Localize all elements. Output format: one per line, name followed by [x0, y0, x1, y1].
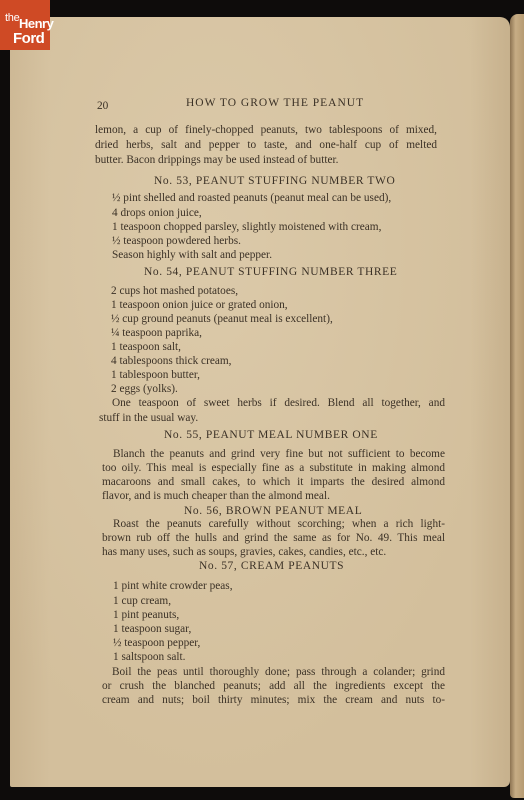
direction-line: stuff in the usual way.	[99, 412, 198, 424]
direction-line: cream and nuts; boil thirty minutes; mix…	[102, 694, 445, 706]
recipe-title: No. 54, PEANUT STUFFING NUMBER THREE	[144, 266, 397, 278]
intro-line: dried herbs, salt and pepper to taste, a…	[95, 139, 437, 151]
direction-line: or crush the blanched peanuts; add all t…	[102, 680, 445, 692]
direction-line: too oily. This meal is especially fine a…	[102, 462, 445, 474]
logo-ford: Ford	[13, 31, 44, 46]
page-edge	[510, 14, 524, 798]
recipe-title: No. 57, CREAM PEANUTS	[199, 560, 344, 572]
intro-line: lemon, a cup of finely-chopped peanuts, …	[95, 124, 437, 136]
direction-line: has many uses, such as soups, gravies, c…	[102, 546, 386, 558]
direction-line: One teaspoon of sweet herbs if desired. …	[112, 397, 445, 409]
direction-line: Roast the peanuts carefully without scor…	[113, 518, 445, 530]
recipe-title: No. 55, PEANUT MEAL NUMBER ONE	[164, 429, 378, 441]
ingredient: Season highly with salt and pepper.	[112, 249, 272, 261]
ingredient: ½ teaspoon pepper,	[113, 637, 200, 649]
ingredient: ¼ teaspoon paprika,	[111, 327, 202, 339]
logo-the: the	[5, 13, 19, 24]
recipe-title: No. 53, PEANUT STUFFING NUMBER TWO	[154, 175, 395, 187]
intro-line: butter. Bacon drippings may be used inst…	[95, 154, 338, 166]
ingredient: 1 cup cream,	[113, 595, 171, 607]
ingredient: ½ teaspoon powdered herbs.	[112, 235, 241, 247]
ingredient: 1 pint peanuts,	[113, 609, 179, 621]
direction-line: brown rub off the hulls and grind the sa…	[102, 532, 445, 544]
ingredient: 2 eggs (yolks).	[111, 383, 178, 395]
ingredient: 1 pint white crowder peas,	[113, 580, 233, 592]
ingredient: 4 drops onion juice,	[112, 207, 202, 219]
ingredient: 4 tablespoons thick cream,	[111, 355, 231, 367]
ingredient: 1 teaspoon salt,	[111, 341, 181, 353]
henry-ford-logo: the Henry Ford	[0, 0, 50, 50]
direction-line: Boil the peas until thoroughly done; pas…	[112, 666, 445, 678]
recipe-title: No. 56, BROWN PEANUT MEAL	[184, 505, 362, 517]
direction-line: flavor, and is much cheaper than the alm…	[102, 490, 330, 502]
page-number: 20	[97, 100, 108, 112]
ingredient: 1 saltspoon salt.	[113, 651, 186, 663]
ingredient: ½ cup ground peanuts (peanut meal is exc…	[111, 313, 333, 325]
ingredient: ½ pint shelled and roasted peanuts (pean…	[112, 192, 391, 204]
ingredient: 1 teaspoon chopped parsley, slightly moi…	[112, 221, 381, 233]
ingredient: 1 teaspoon onion juice or grated onion,	[111, 299, 288, 311]
direction-line: macaroons and small cakes, to which it i…	[102, 476, 445, 488]
ingredient: 2 cups hot mashed potatoes,	[111, 285, 238, 297]
ingredient: 1 teaspoon sugar,	[113, 623, 191, 635]
running-head: HOW TO GROW THE PEANUT	[186, 97, 364, 109]
ingredient: 1 tablespoon butter,	[111, 369, 200, 381]
direction-line: Blanch the peanuts and grind very fine b…	[113, 448, 445, 460]
logo-henry: Henry	[19, 17, 53, 30]
